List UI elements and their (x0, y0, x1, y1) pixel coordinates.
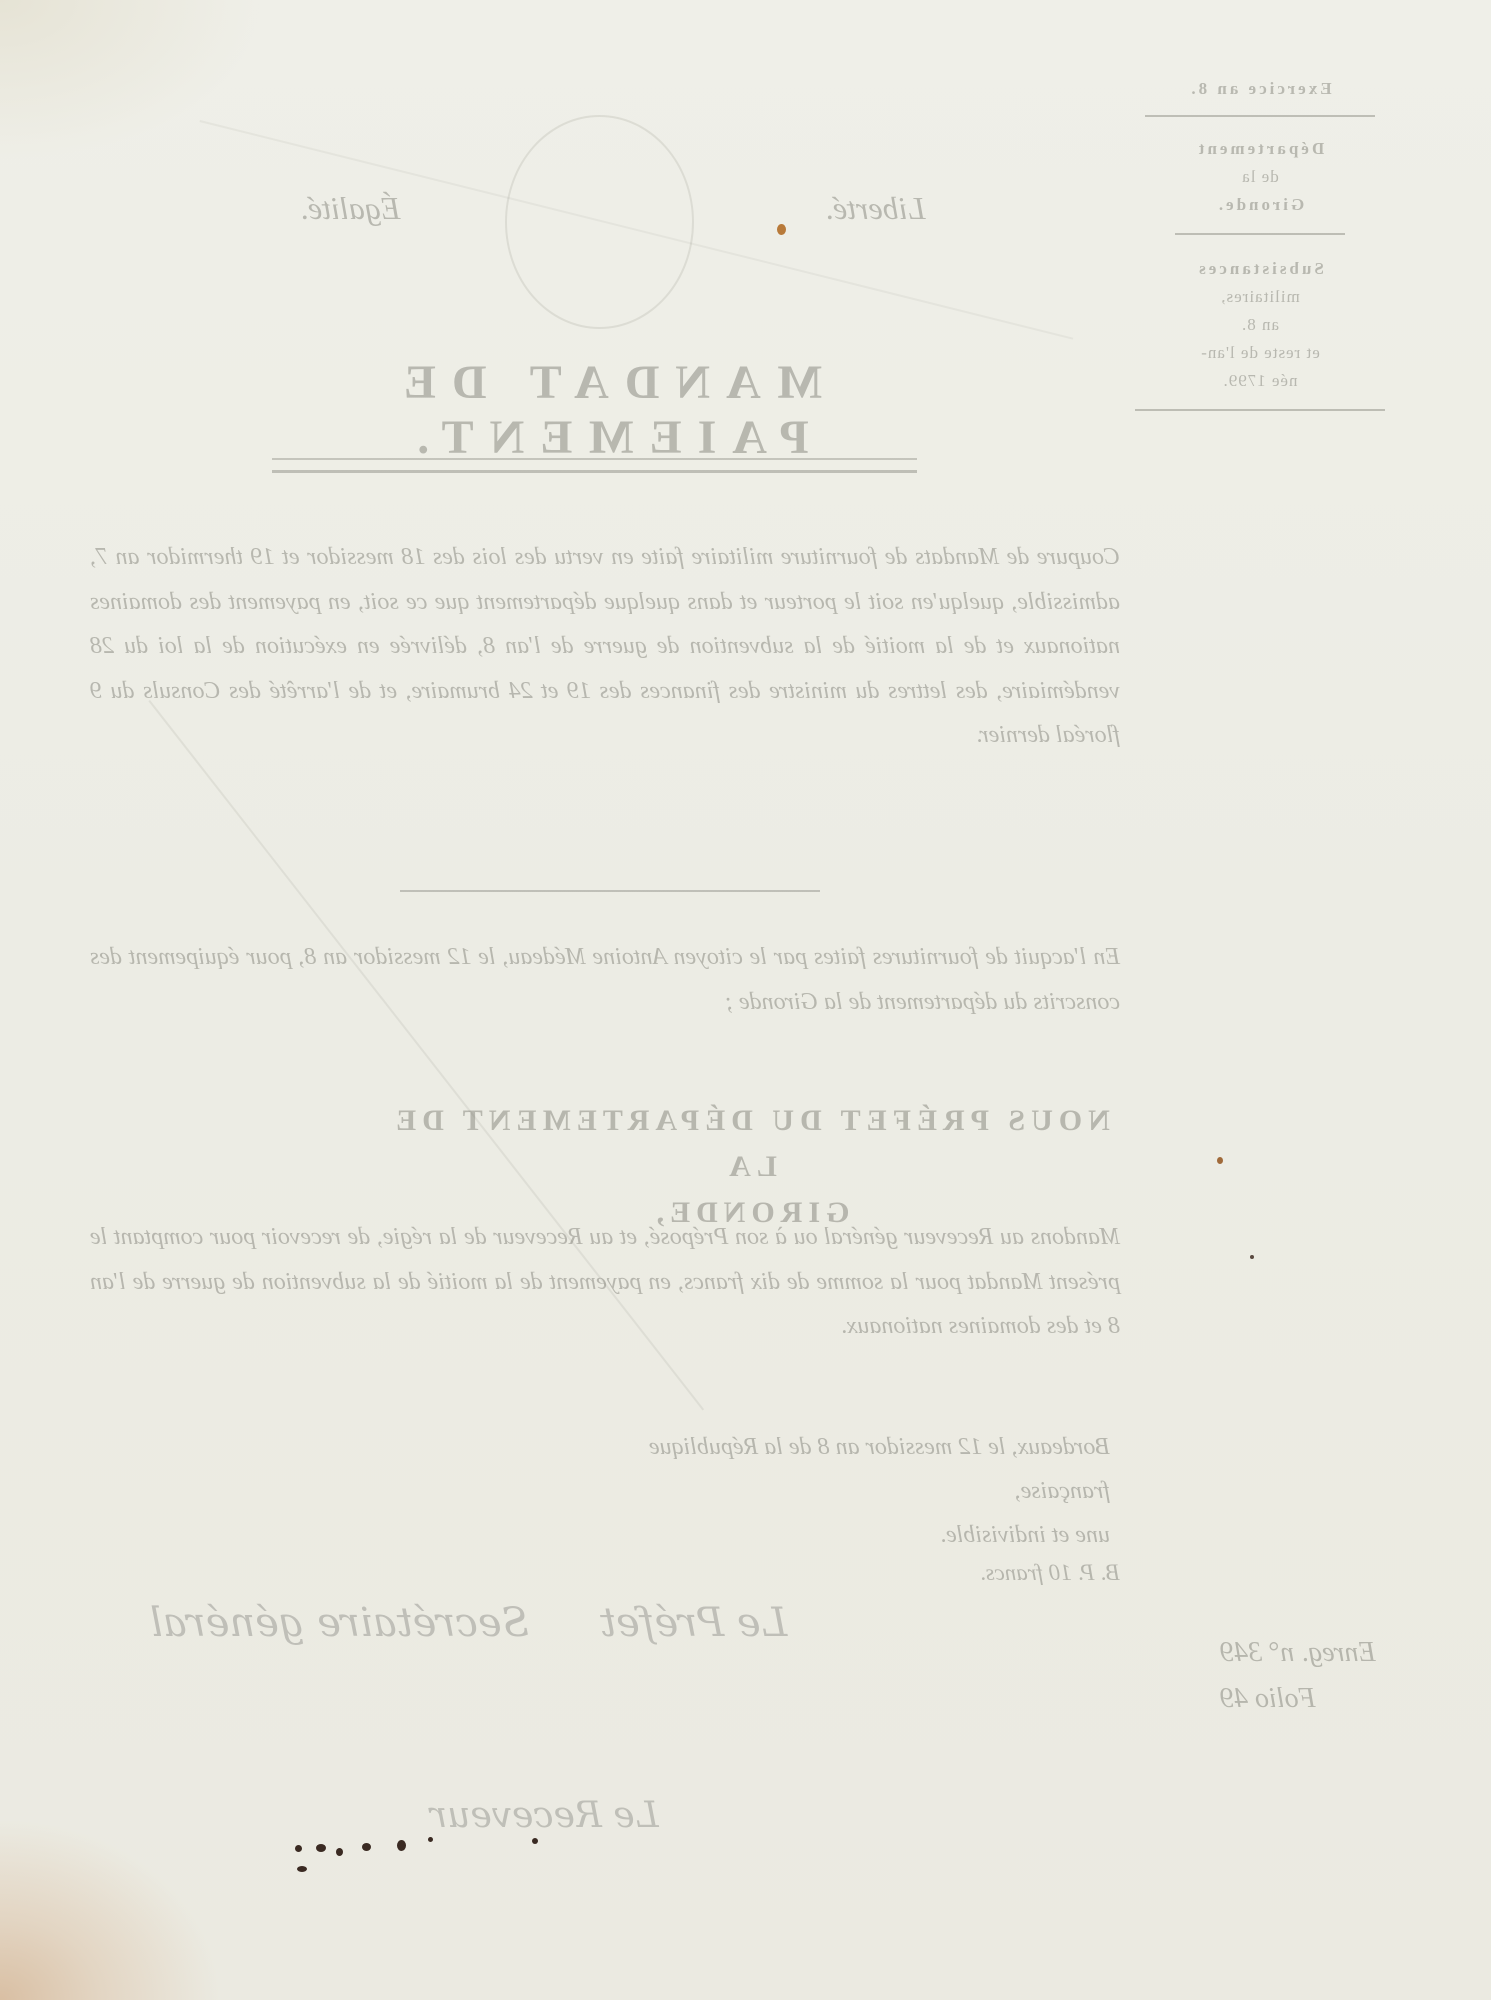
prefet-heading-line1: NOUS PRÉFET DU DÉPARTEMENT DE LA (380, 1098, 1120, 1190)
annee-label: née 1799. (1135, 367, 1385, 395)
ink-blot (362, 1843, 371, 1851)
date-line-1: Bordeaux, le 12 messidor an 8 de la Répu… (590, 1425, 1110, 1513)
signature-prefet: Le Préfet (600, 1600, 787, 1646)
date-line-2: une et indivisible. (590, 1513, 1110, 1557)
signature-secretaire: Secrétaire général (150, 1600, 529, 1646)
registration-number: Enreg. n° 349 (1220, 1630, 1420, 1676)
header-liberte: Liberté. (825, 190, 925, 227)
ink-blot (295, 1845, 302, 1852)
registration-folio: Folio 49 (1220, 1676, 1420, 1722)
document-title: MANDAT DE PAIEMENT. (210, 355, 1000, 465)
ink-blot (428, 1837, 433, 1842)
title-double-rule (272, 458, 917, 473)
ink-blot (397, 1840, 406, 1851)
departement-label: Département (1135, 135, 1385, 163)
right-column-block: Exercice an 8. Département de la Gironde… (1135, 75, 1385, 411)
paragraph-acquit: En l'acquit de fournitures faites par le… (90, 935, 1120, 1024)
exercice-label: Exercice an 8. (1135, 75, 1385, 103)
rust-spot (1217, 1157, 1223, 1164)
divider (1145, 115, 1375, 117)
ink-speck (1250, 1255, 1254, 1259)
ink-blot (532, 1838, 538, 1844)
date-place-line: Bordeaux, le 12 messidor an 8 de la Répu… (590, 1425, 1110, 1557)
registration-note: Enreg. n° 349 Folio 49 (1220, 1630, 1420, 1722)
gironde-label: Gironde. (1135, 191, 1385, 219)
ink-blot (297, 1866, 307, 1872)
paragraph-coupure: Coupure de Mandats de fourniture militai… (90, 535, 1120, 758)
reste-label: et reste de l'an- (1135, 339, 1385, 367)
section-divider (400, 890, 820, 892)
bp-amount: B. P. 10 francs. (840, 1560, 1120, 1586)
paragraph-mandons: Mandons au Receveur général ou à son Pré… (90, 1215, 1120, 1349)
ink-blot (336, 1848, 343, 1856)
divider (1175, 233, 1345, 235)
militaires-label: militaires, (1135, 283, 1385, 311)
an-label: an 8. (1135, 311, 1385, 339)
ink-blot (316, 1844, 326, 1852)
seal-emblem-icon (505, 115, 694, 329)
header-egalite: Égalité. (300, 190, 400, 227)
subsistances-label: Subsistances (1135, 255, 1385, 283)
divider (1135, 409, 1385, 411)
rust-spot (777, 224, 786, 235)
de-la-label: de la (1135, 163, 1385, 191)
signature-receveur: Le Receveur (430, 1795, 659, 1836)
